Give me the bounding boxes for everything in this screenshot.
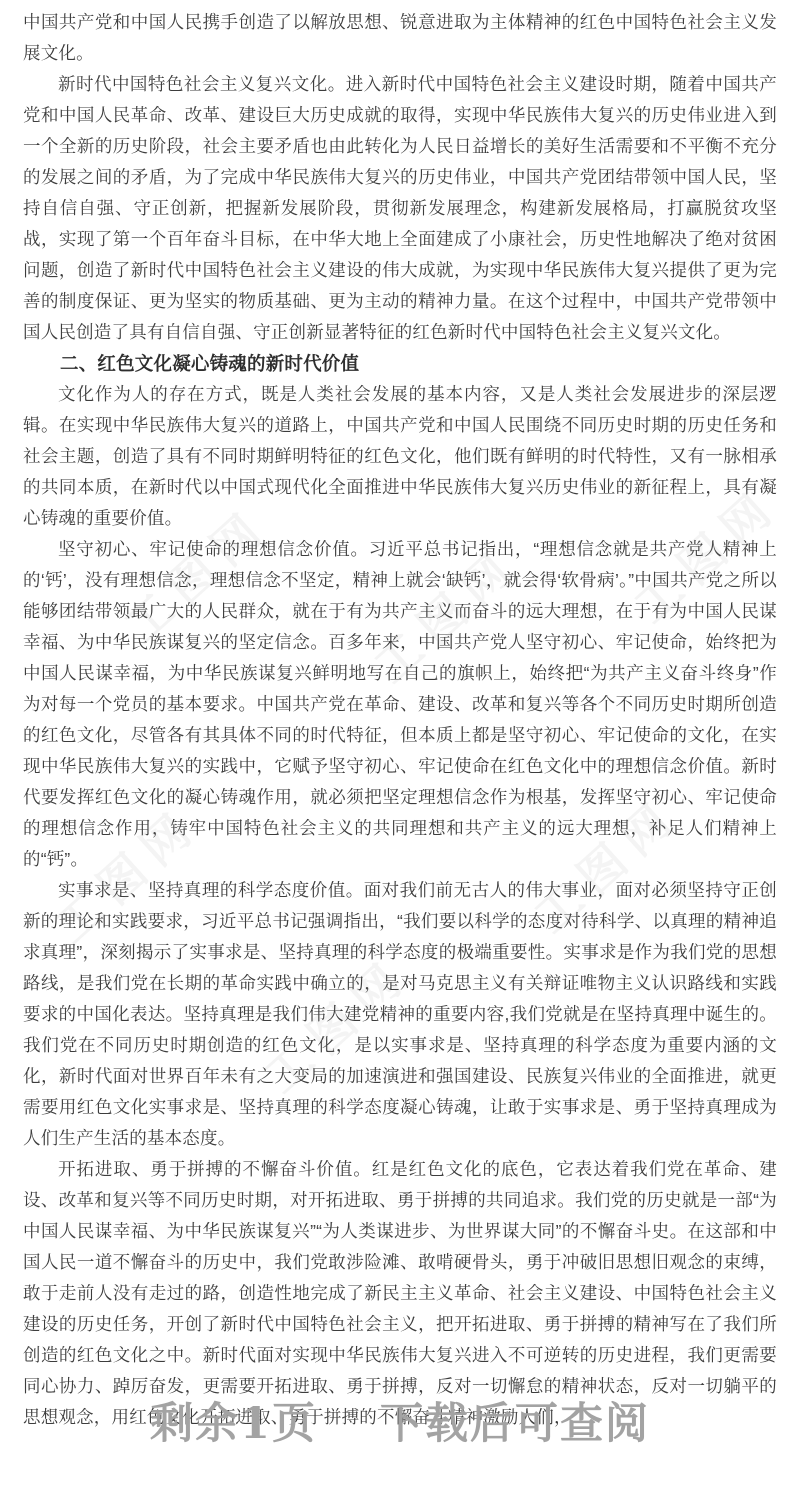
paragraph-ideal-belief-value: 坚守初心、牢记使命的理想信念价值。习近平总书记指出，“理想信念就是共产党人精神上…: [23, 534, 777, 875]
paragraph-continuation: 中国共产党和中国人民携手创造了以解放思想、锐意进取为主体精神的红色中国特色社会主…: [23, 7, 777, 69]
preview-footer: 剩余1页 下载后可查阅: [0, 1398, 800, 1450]
remaining-pages-label: 剩余1页: [150, 1399, 317, 1449]
section-heading-red-culture-value: 二、红色文化凝心铸魂的新时代价值: [23, 348, 777, 379]
paragraph-new-era-culture: 新时代中国特色社会主义复兴文化。进入新时代中国特色社会主义建设时期，随着中国共产…: [23, 69, 777, 348]
paragraph-culture-as-existence: 文化作为人的存在方式，既是人类社会发展的基本内容，又是人类社会发展进步的深层逻辑…: [23, 379, 777, 534]
download-hint-label: 下载后可查阅: [380, 1399, 650, 1449]
document-page: 工图网 工图网 工图网 工图网 工图网 工图网 中国共产党和中国人民携手创造了以…: [0, 0, 800, 1508]
paragraph-striving-spirit-value: 开拓进取、勇于拼搏的不懈奋斗价值。红是红色文化的底色，它表达着我们党在革命、建设…: [23, 1154, 777, 1433]
paragraph-scientific-attitude-value: 实事求是、坚持真理的科学态度价值。面对我们前无古人的伟大事业，面对必须坚持守正创…: [23, 875, 777, 1154]
